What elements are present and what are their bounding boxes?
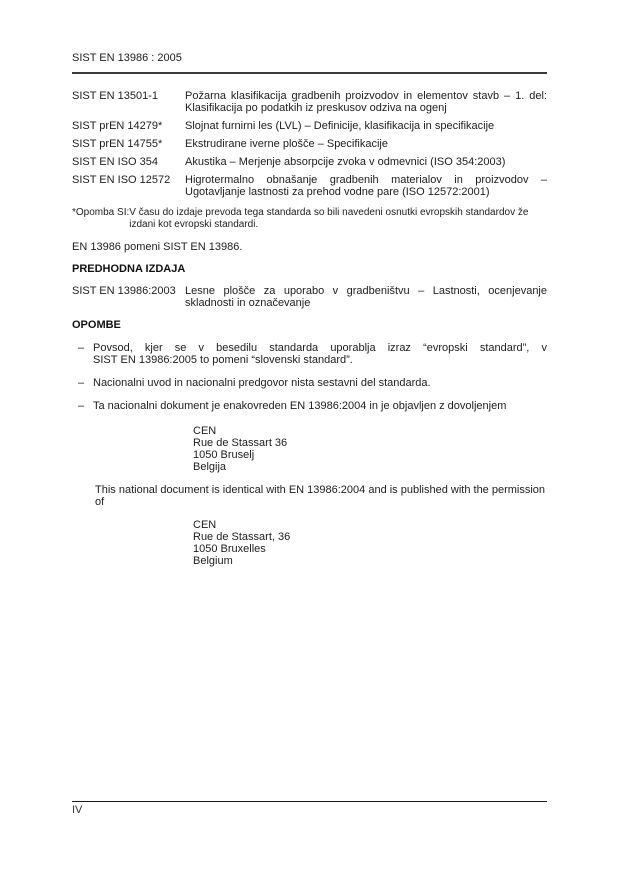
cen-name: CEN <box>193 519 547 531</box>
reference-row: SIST EN ISO 354 Akustika – Merjenje abso… <box>72 156 547 168</box>
cen-country: Belgium <box>193 555 547 567</box>
reference-id: SIST EN 13501-1 <box>72 90 185 114</box>
english-statement: This national document is identical with… <box>95 484 547 508</box>
equivalence-note: EN 13986 pomeni SIST EN 13986. <box>72 241 547 253</box>
reference-id: SIST prEN 14279* <box>72 120 185 132</box>
national-note-text: V času do izdaje prevoda tega standarda … <box>129 207 534 231</box>
note-item-text: Nacionalni uvod in nacionalni predgovor … <box>93 377 547 389</box>
national-note: *Opomba SI: V času do izdaje prevoda teg… <box>72 207 547 231</box>
previous-edition-id: SIST EN 13986:2003 <box>72 285 185 309</box>
dash-bullet-icon: – <box>78 400 93 412</box>
note-item: – Povsod, kjer se v besedilu standarda u… <box>72 342 547 366</box>
cen-street: Rue de Stassart 36 <box>193 437 547 449</box>
reference-row: SIST prEN 14279* Slojnat furnirni les (L… <box>72 120 547 132</box>
reference-row: SIST EN ISO 12572 Higrotermalno obnašanj… <box>72 174 547 198</box>
note-item: – Nacionalni uvod in nacionalni predgovo… <box>72 377 547 389</box>
running-header: SIST EN 13986 : 2005 <box>72 52 547 74</box>
normative-references-list: SIST EN 13501-1 Požarna klasifikacija gr… <box>72 90 547 198</box>
cen-country: Belgija <box>193 461 547 473</box>
cen-street: Rue de Stassart, 36 <box>193 531 547 543</box>
cen-address-english: CEN Rue de Stassart, 36 1050 Bruxelles B… <box>193 519 547 567</box>
standard-document-page: SIST EN 13986 : 2005 SIST EN 13501-1 Pož… <box>0 0 619 877</box>
dash-bullet-icon: – <box>78 342 93 366</box>
previous-edition-heading: PREDHODNA IZDAJA <box>72 263 547 275</box>
reference-id: SIST EN ISO 354 <box>72 156 185 168</box>
reference-row: SIST prEN 14755* Ekstrudirane iverne plo… <box>72 138 547 150</box>
previous-edition-row: SIST EN 13986:2003 Lesne plošče za upora… <box>72 285 547 309</box>
dash-bullet-icon: – <box>78 377 93 389</box>
note-item-text: Ta nacionalni dokument je enakovreden EN… <box>93 400 547 412</box>
cen-city: 1050 Bruxelles <box>193 543 547 555</box>
reference-row: SIST EN 13501-1 Požarna klasifikacija gr… <box>72 90 547 114</box>
reference-title: Ekstrudirane iverne plošče – Specifikaci… <box>185 138 547 150</box>
reference-title: Požarna klasifikacija gradbenih proizvod… <box>185 90 547 114</box>
page-number: IV <box>72 804 82 816</box>
notes-heading: OPOMBE <box>72 319 547 331</box>
cen-city: 1050 Bruselj <box>193 449 547 461</box>
reference-id: SIST EN ISO 12572 <box>72 174 185 198</box>
note-item: – Ta nacionalni dokument je enakovreden … <box>72 400 547 412</box>
note-item-text: Povsod, kjer se v besedilu standarda upo… <box>93 342 547 366</box>
page-footer: IV <box>72 801 547 816</box>
reference-title: Slojnat furnirni les (LVL) – Definicije,… <box>185 120 547 132</box>
national-note-label: *Opomba SI: <box>72 207 129 231</box>
previous-edition-title: Lesne plošče za uporabo v gradbeništvu –… <box>185 285 547 309</box>
cen-name: CEN <box>193 425 547 437</box>
reference-title: Akustika – Merjenje absorpcije zvoka v o… <box>185 156 547 168</box>
cen-address-slovenian: CEN Rue de Stassart 36 1050 Bruselj Belg… <box>193 425 547 473</box>
document-title: SIST EN 13986 : 2005 <box>72 52 182 64</box>
notes-list: – Povsod, kjer se v besedilu standarda u… <box>72 342 547 412</box>
page-content: SIST EN 13986 : 2005 SIST EN 13501-1 Pož… <box>0 0 619 567</box>
reference-title: Higrotermalno obnašanje gradbenih materi… <box>185 174 547 198</box>
reference-id: SIST prEN 14755* <box>72 138 185 150</box>
